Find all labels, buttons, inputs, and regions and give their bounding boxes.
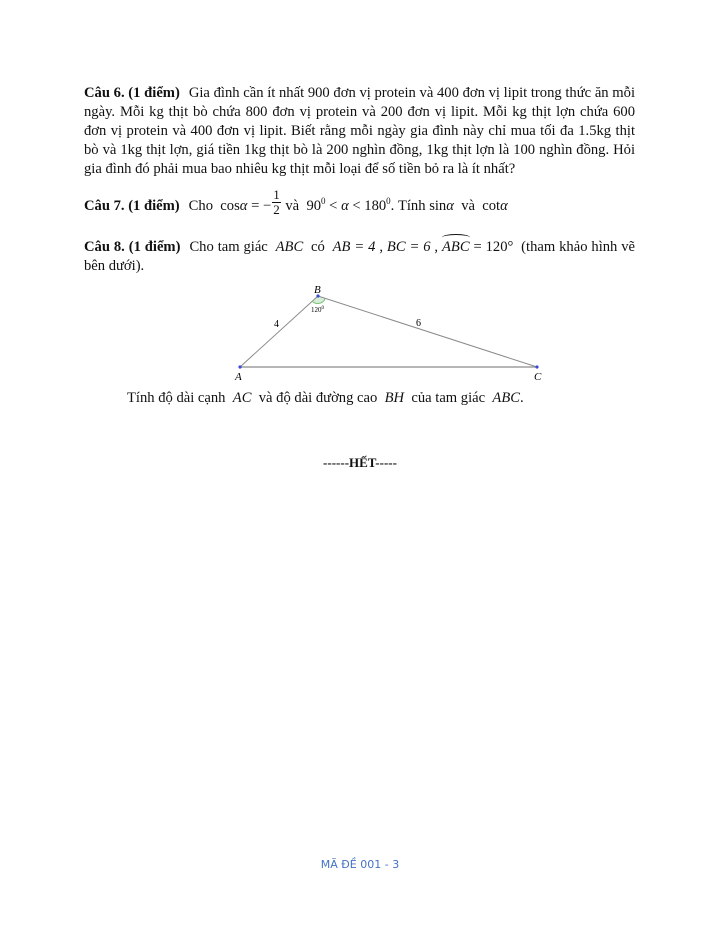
task-of: của tam giác: [411, 390, 485, 406]
angle-sup: 0: [322, 306, 325, 311]
task-bh: BH: [385, 390, 404, 406]
task-mid: và độ dài đường cao: [259, 390, 378, 406]
point-c: [535, 365, 538, 368]
label-a: A: [234, 371, 242, 383]
label-angle: 1200: [311, 306, 325, 314]
point-a: [238, 365, 241, 368]
task-ac: AC: [233, 390, 252, 406]
task-abc: ABC: [492, 390, 520, 406]
task-pre: Tính độ dài cạnh: [127, 390, 225, 406]
label-ab-length: 4: [274, 319, 279, 330]
exam-page: Câu 6. (1 điểm)Gia đình cần ít nhất 900 …: [0, 0, 720, 932]
angle-value: 120: [311, 306, 322, 314]
side-bc: [318, 296, 537, 367]
side-ab: [240, 296, 318, 367]
question-8-task: Tính độ dài cạnh AC và độ dài đường cao …: [127, 390, 524, 407]
label-bc-length: 6: [416, 318, 421, 329]
task-end: .: [520, 390, 524, 406]
label-c: C: [534, 371, 542, 383]
end-marker: ------HẾT-----: [0, 455, 720, 471]
page-footer: MÃ ĐỀ 001 - 3: [0, 858, 720, 871]
label-b: B: [314, 284, 321, 296]
end-marker-text: ------HẾT-----: [323, 455, 397, 470]
